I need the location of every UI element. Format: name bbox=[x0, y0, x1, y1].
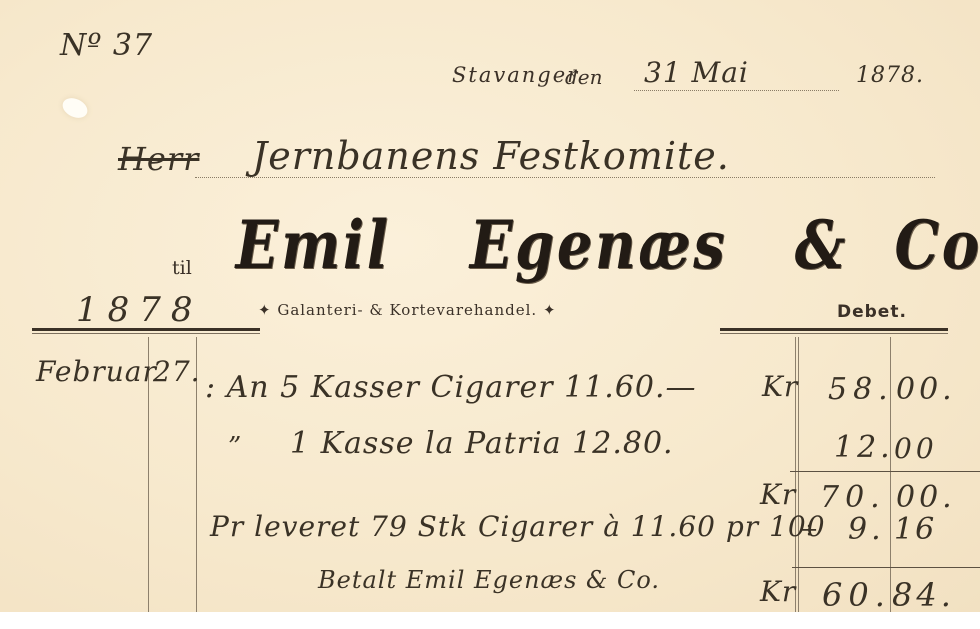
punch-hole bbox=[59, 94, 90, 121]
salutation: Herr bbox=[118, 140, 199, 178]
den-label: den bbox=[565, 65, 603, 89]
company-co: Co. bbox=[895, 215, 980, 275]
deduction-amount-whole: 9. bbox=[848, 512, 885, 547]
invoice-date: 31 Mai bbox=[644, 56, 749, 89]
line-item-2-ditto: ” bbox=[228, 432, 242, 462]
recipient-name: Jernbanens Festkomite. bbox=[252, 134, 730, 178]
ledger-day: 27. bbox=[153, 355, 201, 388]
line-item-2-amount-whole: 12. bbox=[834, 430, 894, 465]
place-label: Stavanger bbox=[452, 63, 579, 87]
company-name: Emil Egenæs & Co. bbox=[222, 215, 980, 281]
line-item-1-amount-whole: 58. bbox=[828, 372, 894, 407]
invoice-number: Nº 37 bbox=[60, 28, 153, 63]
right-header-rule bbox=[720, 328, 948, 331]
line-item-1-amount-cents: 00. bbox=[896, 372, 956, 407]
deduction-text: Pr leveret 79 Stk Cigarer à 11.60 pr 100 bbox=[210, 510, 826, 543]
company-amp: & bbox=[794, 215, 847, 275]
subtotal-currency: Kr bbox=[760, 478, 796, 511]
deduction-sign: ÷ bbox=[800, 518, 819, 543]
company-first: Emil bbox=[236, 215, 391, 275]
subtotal-rule bbox=[790, 471, 980, 472]
left-header-rule-thin bbox=[32, 333, 260, 334]
ledger-year: 1878 bbox=[76, 290, 203, 330]
line-item-1-text: : An 5 Kasser Cigarer 11.60.— bbox=[205, 370, 697, 405]
total-amount-whole: 60. bbox=[822, 576, 891, 614]
invoice-paper: Nº 37 Stavanger den 31 Mai 1878. Herr Je… bbox=[0, 0, 980, 612]
right-header-rule-thin bbox=[720, 333, 948, 334]
date-line bbox=[634, 90, 839, 91]
paid-signature: Betalt Emil Egenæs & Co. bbox=[318, 566, 660, 594]
subtotal-amount-cents: 00. bbox=[896, 480, 956, 515]
total-rule bbox=[792, 567, 980, 568]
subtotal-amount-whole: 70. bbox=[820, 480, 886, 515]
company-tagline: ✦ Galanteri- & Kortevarehandel. ✦ bbox=[258, 301, 557, 319]
total-currency: Kr bbox=[760, 575, 796, 608]
invoice-year: 1878. bbox=[856, 63, 924, 88]
debit-label: Debet. bbox=[837, 302, 907, 322]
company-second: Egenæs bbox=[470, 215, 728, 275]
line-item-2-text: 1 Kasse la Patria 12.80. bbox=[290, 426, 674, 461]
til-label: til bbox=[172, 257, 192, 279]
line-item-1-currency: Kr bbox=[762, 370, 798, 403]
deduction-amount-cents: 16 bbox=[894, 512, 936, 547]
line-item-2-amount-cents: 00 bbox=[894, 432, 938, 465]
total-amount-cents: 84. bbox=[892, 576, 955, 614]
ledger-month: Februar bbox=[36, 355, 157, 388]
left-header-rule bbox=[32, 328, 260, 331]
